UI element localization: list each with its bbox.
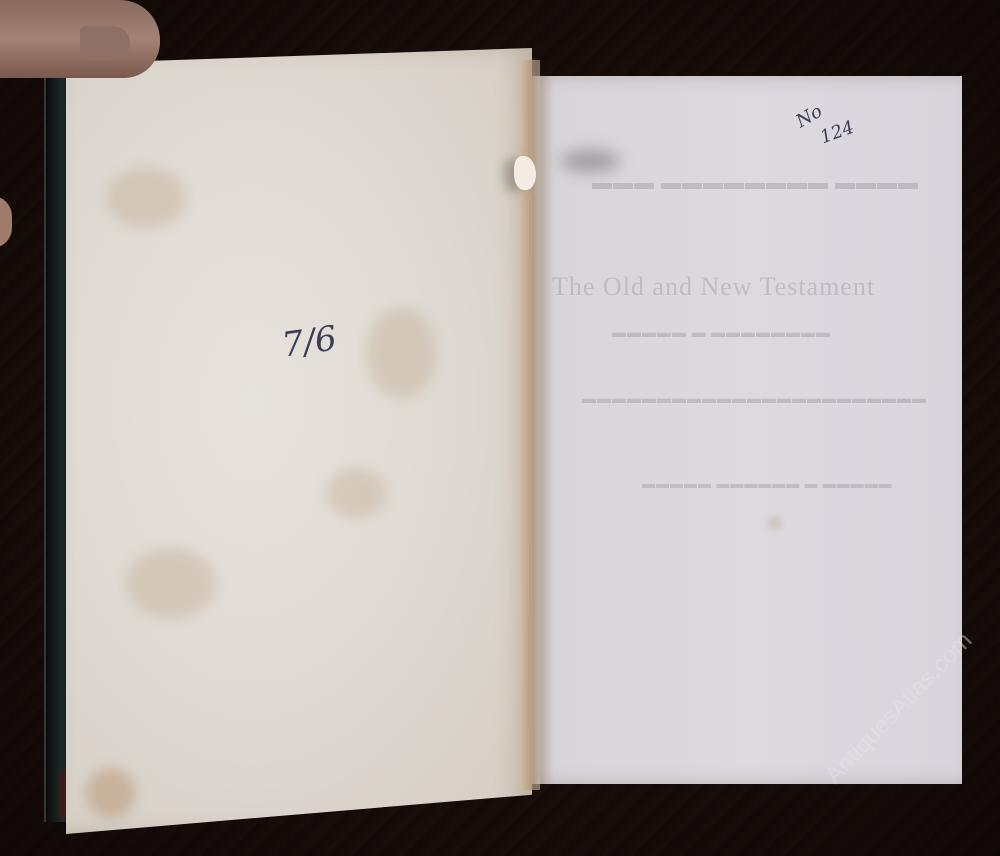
finger-holding-page [0,0,160,78]
torn-page-corner [514,156,536,190]
foxing-stain [366,308,436,398]
foxing-stain [126,548,216,618]
fingernail [80,26,130,60]
show-through-text: ▬▬▬▬▬ ▬▬▬▬▬▬ ▬ ▬▬▬▬▬ [642,476,893,492]
foxing-stain [106,168,186,228]
show-through-text: ▬▬▬▬▬ ▬ ▬▬▬▬▬▬▬▬ [612,326,831,342]
foxing-stain [326,468,386,518]
right-title-page: ▬▬▬ ▬▬▬▬▬▬▬▬ ▬▬▬▬ The Old and New Testam… [532,76,962,784]
left-endpaper-page [66,48,532,834]
show-through-text: ▬▬▬▬▬▬▬▬▬▬▬▬▬▬▬▬▬▬▬▬▬▬▬ [582,392,927,408]
show-through-text: ▬▬▬ ▬▬▬▬▬▬▬▬ ▬▬▬▬ [592,172,919,195]
show-through-title: The Old and New Testament [552,272,875,302]
foxing-spot [768,516,782,530]
foxing-stain [86,768,136,818]
finger-shadow [560,150,620,172]
handwritten-price: 7/6 [279,318,339,365]
